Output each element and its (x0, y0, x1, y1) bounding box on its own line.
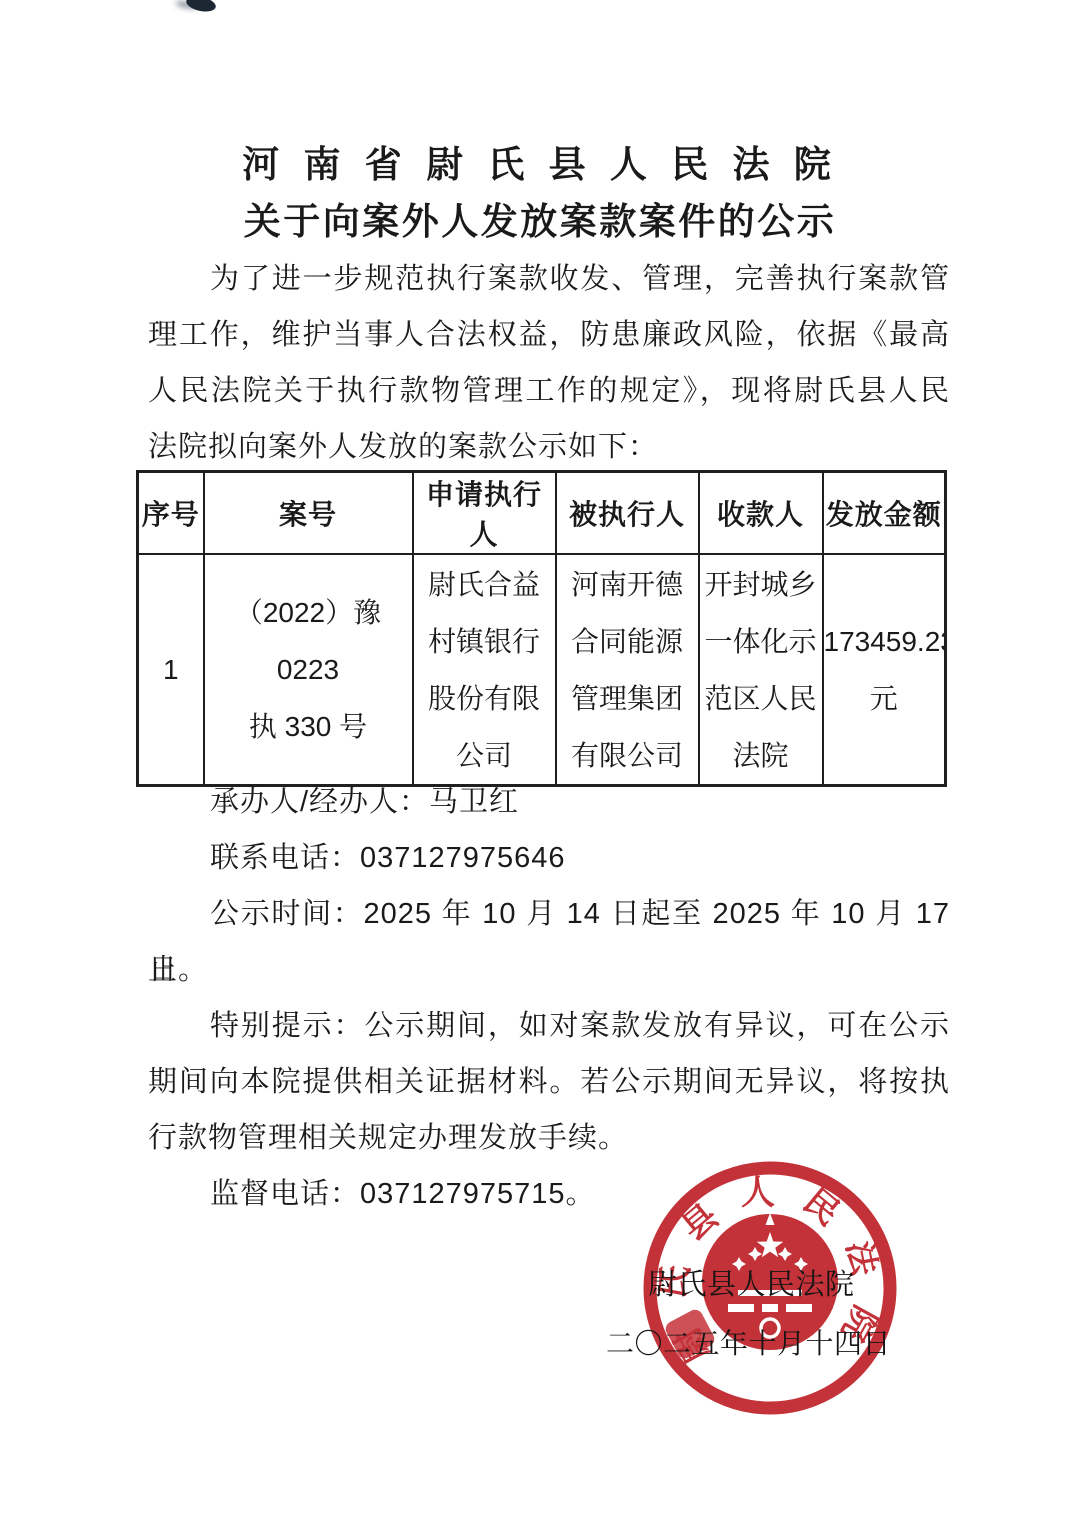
handler-line: 承办人/经办人：马卫红 (148, 774, 950, 830)
intro-line: 人民法院关于执行款物管理工作的规定》，现将尉氏县人民 (148, 363, 950, 419)
details-section: 承办人/经办人：马卫红 联系电话：037127975646 公示时间：2025 … (148, 774, 950, 1222)
publicity-period-line1: 公示时间：2025 年 10 月 14 日起至 2025 年 10 月 17 日 (148, 886, 950, 942)
publicity-period-line2: 止。 (148, 942, 950, 998)
signature-court-name: 尉氏县人民法院 (648, 1271, 855, 1300)
col-header-amount: 发放金额 (823, 472, 946, 555)
col-header-applicant: 申请执行人 (413, 472, 556, 555)
intro-line: 为了进一步规范执行案款收发、管理，完善执行案款管 (148, 251, 950, 307)
col-header-case-no: 案号 (204, 472, 413, 555)
cell-case-no: （2022）豫 0223 执 330 号 (204, 554, 413, 786)
special-notice-line2: 期间向本院提供相关证据材料。若公示期间无异议，将按执 (148, 1054, 950, 1110)
cell-payee: 开封城乡 一体化示 范区人民 法院 (699, 554, 823, 786)
intro-line: 理工作，维护当事人合法权益，防患廉政风险，依据《最高 (148, 307, 950, 363)
table-header-row: 序号 案号 申请执行人 被执行人 收款人 发放金额 (138, 472, 946, 555)
court-title: 河 南 省 尉 氏 县 人 民 法 院 (0, 134, 1080, 188)
cell-executee: 河南开德 合同能源 管理集团 有限公司 (556, 554, 699, 786)
table-row: 1 （2022）豫 0223 执 330 号 尉氏合益 村镇银行 股份有限 公司… (138, 554, 946, 786)
scan-artifact (185, 0, 217, 14)
payout-table: 序号 案号 申请执行人 被执行人 收款人 发放金额 1 （2022）豫 0223… (136, 470, 947, 787)
cell-seq: 1 (138, 554, 204, 786)
announcement-title: 关于向案外人发放案款案件的公示 (0, 191, 1080, 245)
signature-date: 二〇二五年十月十四日 (606, 1330, 891, 1358)
cell-amount: 173459.23 元 (823, 554, 946, 786)
contact-phone-line: 联系电话：037127975646 (148, 830, 950, 886)
cell-applicant: 尉氏合益 村镇银行 股份有限 公司 (413, 554, 556, 786)
intro-line: 法院拟向案外人发放的案款公示如下： (148, 419, 950, 475)
intro-paragraph: 为了进一步规范执行案款收发、管理，完善执行案款管 理工作，维护当事人合法权益，防… (148, 251, 950, 475)
document-page: { "doc": { "title1": "河 南 省 尉 氏 县 人 民 法 … (0, 0, 1080, 1526)
col-header-payee: 收款人 (699, 472, 823, 555)
col-header-executee: 被执行人 (556, 472, 699, 555)
col-header-seq: 序号 (138, 472, 204, 555)
special-notice-line1: 特别提示：公示期间，如对案款发放有异议，可在公示 (148, 998, 950, 1054)
